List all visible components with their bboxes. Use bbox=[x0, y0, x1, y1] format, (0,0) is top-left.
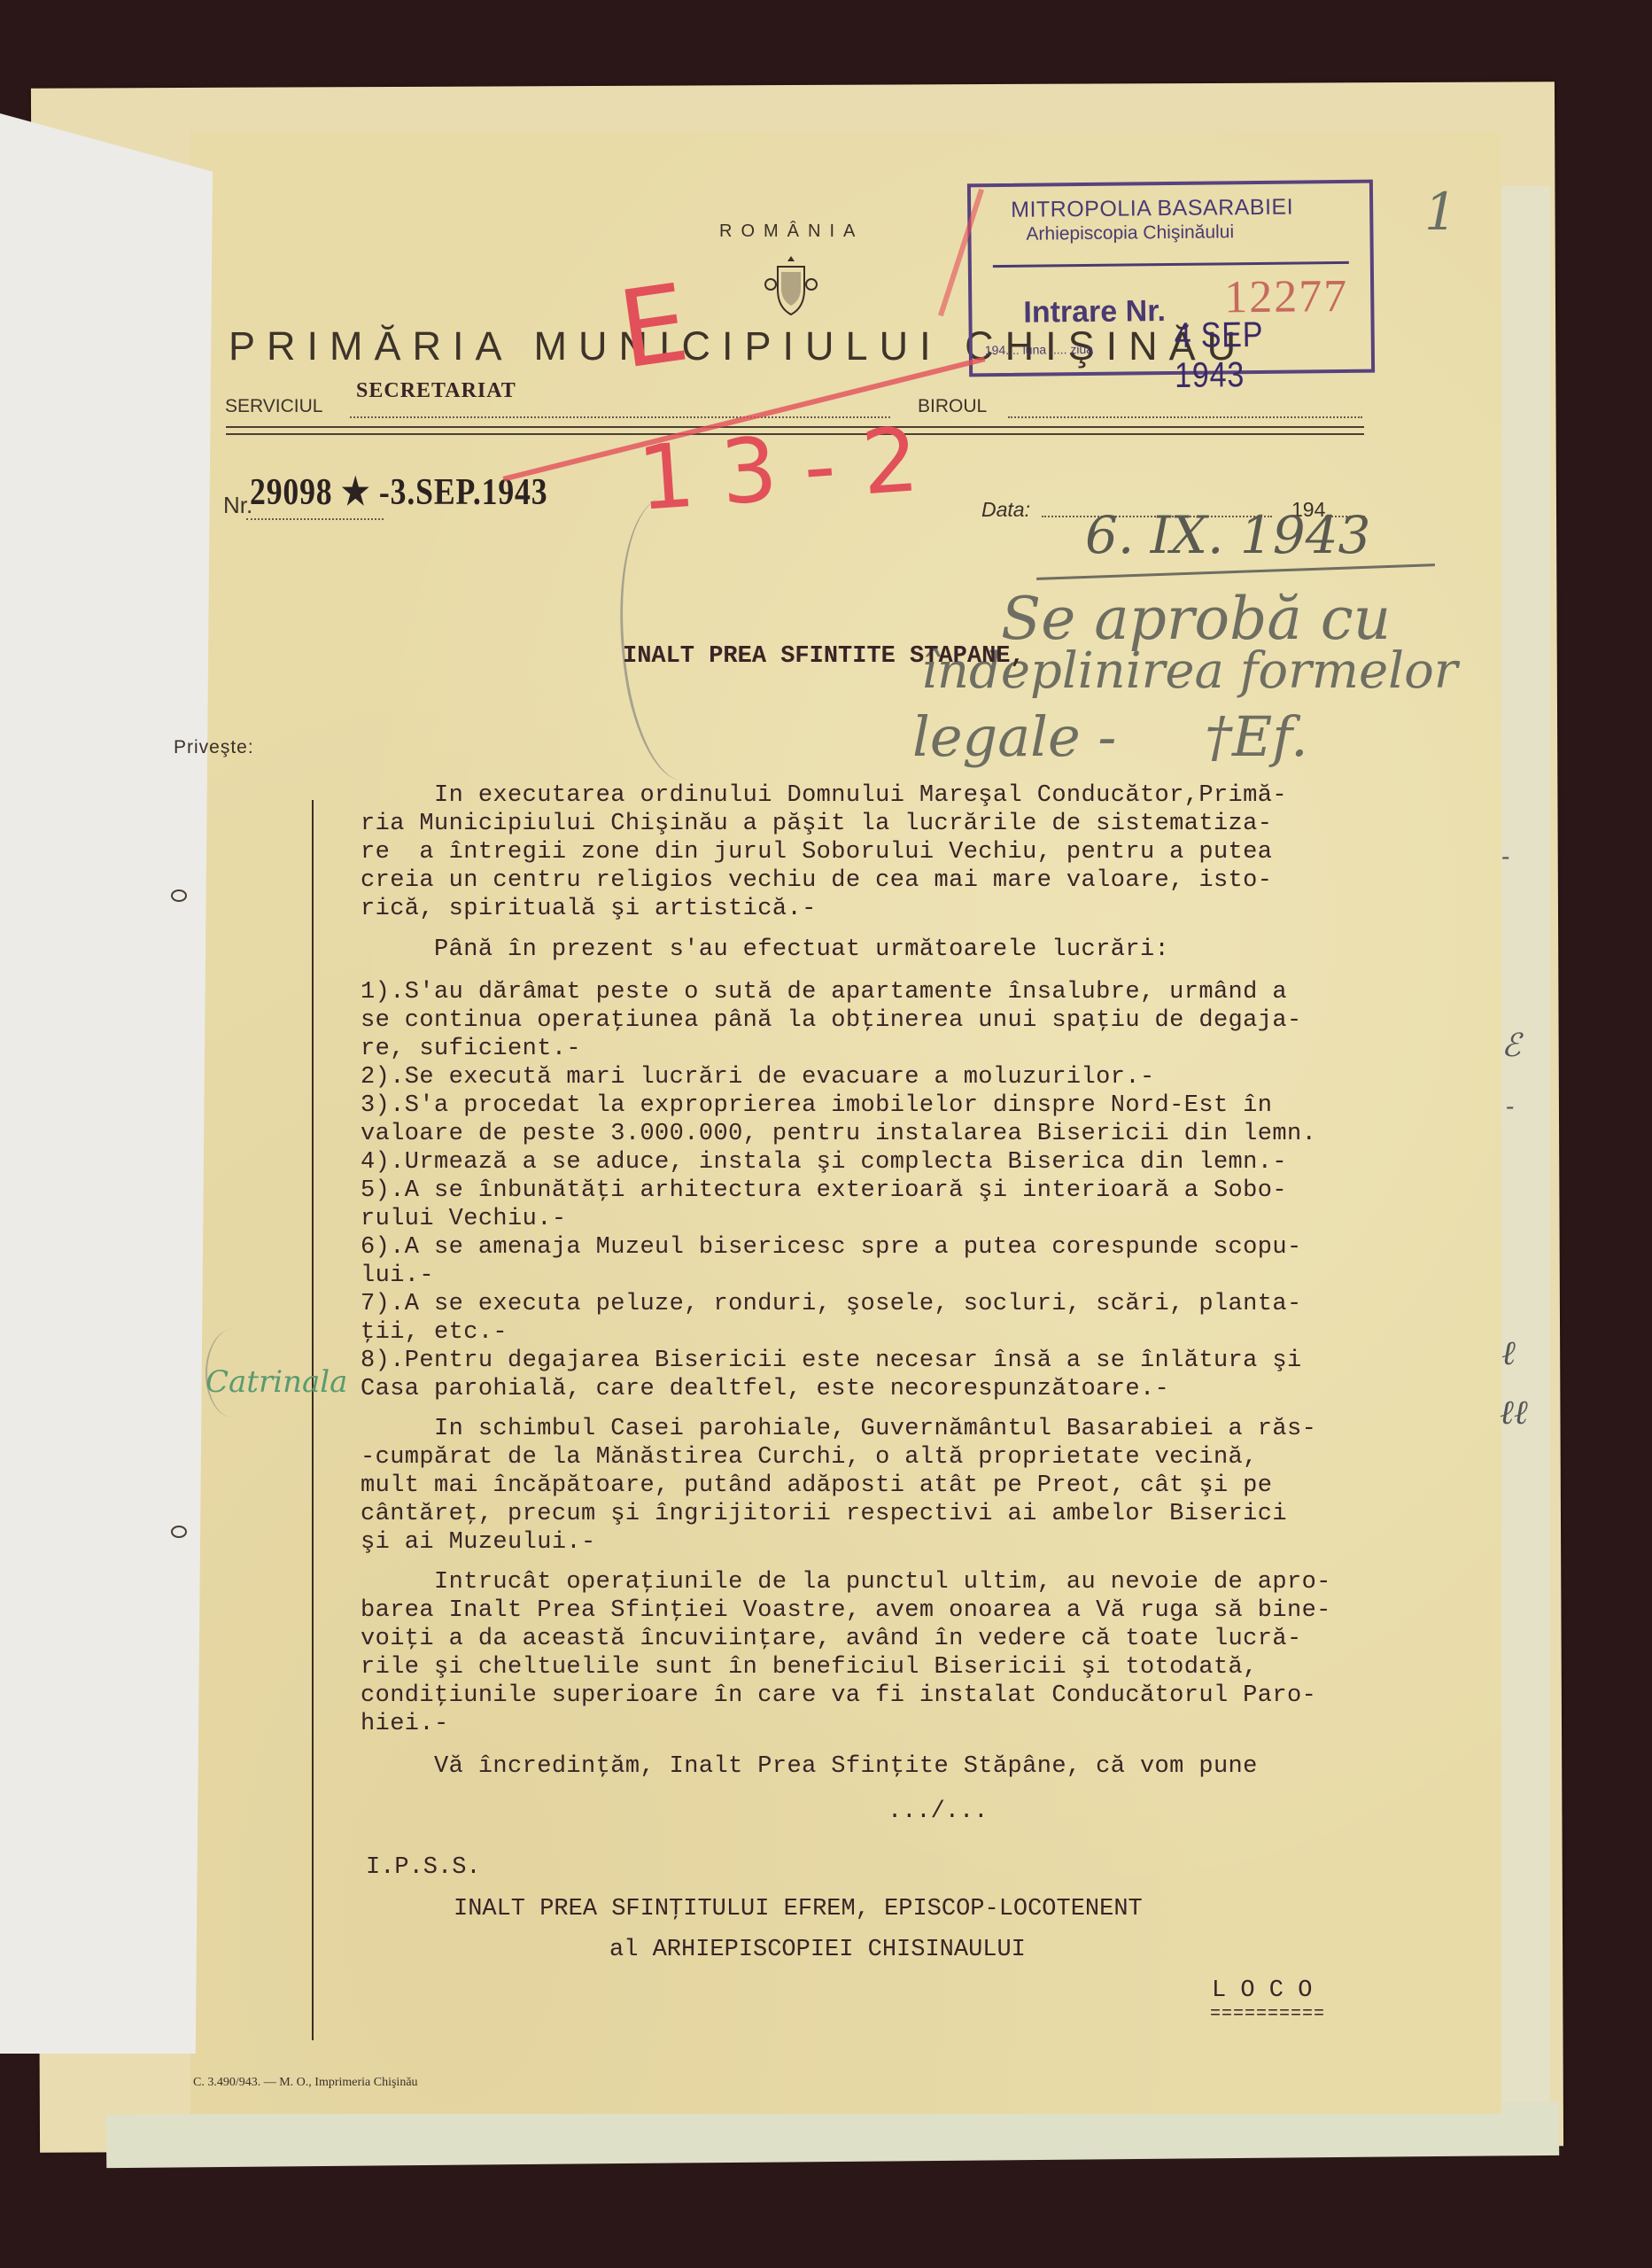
text-line: ria Municipiului Chişinău a păşit la luc… bbox=[361, 810, 1287, 838]
biroul-dotted-line bbox=[1008, 416, 1362, 418]
punch-hole-mark bbox=[171, 889, 187, 902]
loco-label: L O C O bbox=[1212, 1977, 1312, 2004]
priveste-label: Priveşte: bbox=[174, 737, 254, 758]
stamp-rule bbox=[993, 261, 1349, 268]
nr-label: Nr. bbox=[223, 492, 252, 519]
handwritten-date: 6. IX. 1943 bbox=[1085, 505, 1370, 565]
list-item: 4).Urmează a se aduce, instala şi comple… bbox=[361, 1148, 1316, 1177]
punch-hole-mark bbox=[171, 1526, 187, 1538]
text-line: şi ai Muzeului.- bbox=[361, 1528, 1316, 1557]
right-margin-mark: ℓ bbox=[1501, 1333, 1516, 1373]
paragraph-4: Intrucât operaţiunile de la punctul ulti… bbox=[361, 1568, 1331, 1738]
serviciul-value: SECRETARIAT bbox=[356, 379, 516, 403]
text-line: rică, spirituală şi artistică.- bbox=[361, 895, 1287, 923]
salutation: INALT PREA SFINTITE STAPANE, bbox=[623, 643, 1025, 670]
right-margin-mark: ℓℓ bbox=[1500, 1393, 1528, 1433]
list-item: re, suficient.- bbox=[361, 1035, 1316, 1063]
stamp-entry-date: 4 SEP 1943 bbox=[1174, 315, 1342, 396]
page-number-annotation: 1 bbox=[1424, 182, 1457, 242]
registry-entry-stamp: MITROPOLIA BASARABIEI Arhiepiscopia Chiş… bbox=[967, 180, 1375, 377]
paragraph-1: In executarea ordinului Domnului Mareşal… bbox=[361, 781, 1287, 923]
list-item: 1).S'au dărâmat peste o sută de apartame… bbox=[361, 978, 1316, 1006]
list-item: se continua operaţiunea până la obţinere… bbox=[361, 1006, 1316, 1035]
right-margin-mark: - bbox=[1501, 842, 1509, 871]
list-item: 8).Pentru degajarea Bisericii este neces… bbox=[361, 1347, 1316, 1375]
paragraph-3: In schimbul Casei parohiale, Guvernământ… bbox=[361, 1415, 1316, 1557]
text-line: rile şi cheltuelile sunt în beneficiul B… bbox=[361, 1653, 1331, 1682]
addressee-line-2: al ARHIEPISCOPIEI CHISINAULUI bbox=[609, 1937, 1026, 1963]
text-line: cântăreţ, precum şi îngrijitorii respect… bbox=[361, 1500, 1316, 1528]
underlying-sheet-edge bbox=[1497, 186, 1550, 2153]
list-item: lui.- bbox=[361, 1262, 1316, 1290]
text-line: In schimbul Casei parohiale, Guvernământ… bbox=[361, 1415, 1316, 1443]
right-margin-mark: ℰ bbox=[1501, 1028, 1521, 1064]
list-item: valoare de peste 3.000.000, pentru insta… bbox=[361, 1120, 1316, 1148]
stamp-line-1: MITROPOLIA BASARABIEI bbox=[1011, 195, 1293, 223]
paragraph-5: Vă încredinţăm, Inalt Prea Sfinţite Stăp… bbox=[361, 1752, 1258, 1781]
right-margin-mark: - bbox=[1506, 1091, 1514, 1121]
list-item: 2).Se execută mari lucrări de evacuare a… bbox=[361, 1063, 1316, 1091]
text-line: In executarea ordinului Domnului Mareşal… bbox=[361, 781, 1287, 810]
margin-rule bbox=[312, 800, 314, 2040]
list-item: 7).A se executa peluze, ronduri, şosele,… bbox=[361, 1290, 1316, 1318]
list-item: ţii, etc.- bbox=[361, 1318, 1316, 1347]
serviciul-label: SERVICIUL bbox=[225, 396, 323, 417]
works-list: 1).S'au dărâmat peste o sută de apartame… bbox=[361, 978, 1316, 1403]
resolution-line-3: legale - bbox=[912, 704, 1116, 769]
text-line: hiei.- bbox=[361, 1710, 1331, 1738]
addressee-line-1: INALT PREA SFINŢITULUI EFREM, EPISCOP-LO… bbox=[454, 1896, 1143, 1922]
text-line: Intrucât operaţiunile de la punctul ulti… bbox=[361, 1568, 1331, 1596]
text-line: voiţi a da această încuviinţare, având î… bbox=[361, 1625, 1331, 1653]
printer-footer: C. 3.490/943. — M. O., Imprimeria Chişin… bbox=[193, 2076, 418, 2090]
list-item: 3).S'a procedat la exproprierea imobilel… bbox=[361, 1091, 1316, 1120]
list-item: 5).A se înbunătăţi arhitectura exterioar… bbox=[361, 1177, 1316, 1205]
text-line: barea Inalt Prea Sfinţiei Voastre, avem … bbox=[361, 1596, 1331, 1625]
country-label: ROMÂNIA bbox=[719, 221, 864, 242]
addressee-abbrev: I.P.S.S. bbox=[366, 1854, 481, 1881]
coat-of-arms-icon bbox=[764, 252, 818, 320]
text-line: condiţiunile superioare în care va fi in… bbox=[361, 1682, 1331, 1710]
data-label: Data: bbox=[981, 498, 1030, 522]
text-line: creia un centru religios vechiu de cea m… bbox=[361, 866, 1287, 895]
text-line: re a întregii zone din jurul Soborului V… bbox=[361, 838, 1287, 866]
stamp-line-2: Arhiepiscopia Chişinăului bbox=[1026, 221, 1234, 245]
loco-underline: ========== bbox=[1210, 2004, 1325, 2024]
list-item: rului Vechiu.- bbox=[361, 1205, 1316, 1233]
text-line: mult mai încăpătoare, putând adăposti at… bbox=[361, 1472, 1316, 1500]
facing-blank-page bbox=[0, 113, 213, 2054]
list-item: Casa parohială, care dealtfel, este neco… bbox=[361, 1375, 1316, 1403]
paragraph-2: Până în prezent s'au efectuat următoarel… bbox=[361, 936, 1169, 964]
stamp-entry-label: Intrare Nr. bbox=[1023, 294, 1166, 330]
signature: †Ef. bbox=[1205, 704, 1308, 769]
margin-pencil-bracket bbox=[206, 1329, 260, 1417]
nr-dotted-line bbox=[246, 518, 384, 520]
list-item: 6).A se amenaja Muzeul bisericesc spre a… bbox=[361, 1233, 1316, 1262]
continuation-mark: .../... bbox=[888, 1798, 988, 1825]
stamp-small-labels: 194.... luna ..... ziua bbox=[985, 342, 1093, 357]
text-line: -cumpărat de la Mănăstirea Curchi, o alt… bbox=[361, 1443, 1316, 1472]
